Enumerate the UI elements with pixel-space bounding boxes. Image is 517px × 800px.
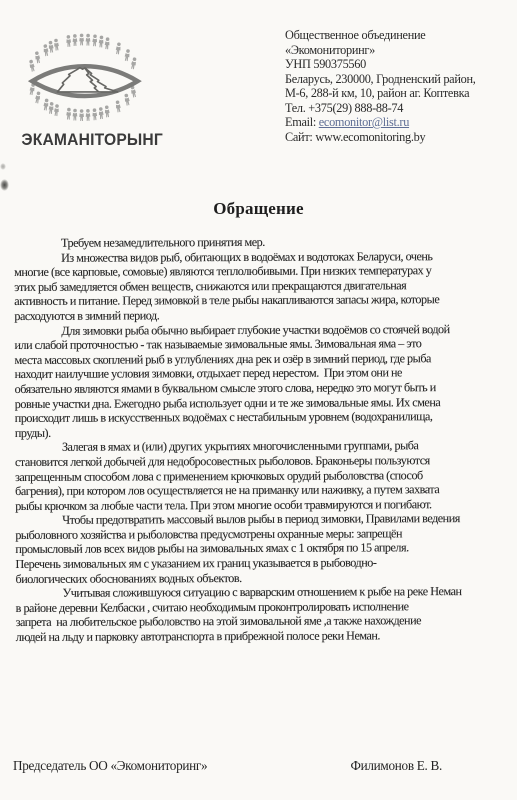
org-address-2: М-6, 288-й км, 10, район аг. Коптевка (285, 86, 513, 101)
email-label: Email: (285, 115, 319, 129)
org-phone: Тел. +375(29) 888-88-74 (285, 101, 513, 116)
ecomonitoring-logo: ЭКАМАНІТОРЫНГ (16, 24, 151, 150)
paragraph: Залегая в ямах и (или) других укрытиях м… (15, 438, 517, 513)
scan-artifact (0, 163, 6, 170)
site-value: www.ecomonitoring.by (315, 130, 425, 144)
signature-row: Председатель ОО «Экомониторинг» Филимоно… (13, 758, 442, 774)
org-address-block: Общественное объединение «Экомониторинг»… (285, 28, 513, 144)
paragraph: Чтобы предотвратить массовый вылов рыбы … (15, 511, 517, 586)
eye-mountains-crowd-icon (16, 24, 151, 132)
page-title: Обращение (0, 199, 517, 219)
signature-position: Председатель ОО «Экомониторинг» (13, 758, 207, 774)
scan-artifact (0, 179, 9, 191)
org-address-1: Беларусь, 230000, Гродненский район, (285, 72, 513, 87)
site-label: Сайт: (285, 130, 315, 144)
org-site-line: Сайт: www.ecomonitoring.by (285, 130, 513, 145)
paragraph: Для зимовки рыба обычно выбирает глубоки… (14, 321, 517, 440)
org-unp: УНП 590375560 (285, 57, 513, 72)
letter-body: Требуем незамедлительного принятия мер. … (14, 234, 517, 645)
scanned-letter-page: ЭКАМАНІТОРЫНГ Общественное объединение «… (0, 0, 517, 800)
signature-name: Филимонов Е. В. (351, 758, 442, 774)
email-link[interactable]: ecomonitor@list.ru (319, 115, 409, 129)
logo-caption: ЭКАМАНІТОРЫНГ (21, 130, 145, 150)
org-line: Общественное объединение (285, 28, 513, 43)
paragraph: Учитывая сложившуюся ситуацию с варварск… (16, 584, 517, 645)
org-name: «Экомониторинг» (285, 43, 513, 58)
paragraph: Из множества видов рыб, обитающих в водо… (14, 248, 517, 323)
org-email-line: Email: ecomonitor@list.ru (285, 115, 513, 130)
